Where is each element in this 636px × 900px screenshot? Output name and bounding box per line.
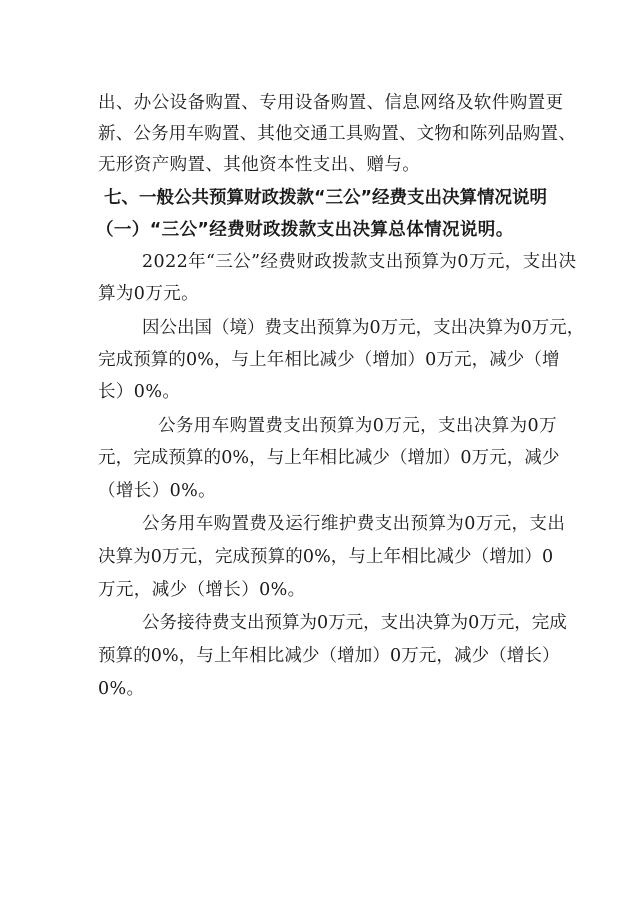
body-text-line: 长）0%。 — [98, 382, 180, 402]
document-page: 出、办公设备购置、专用设备购置、信息网络及软件购置更 新、公务用车购置、其他交通… — [0, 0, 636, 900]
body-text-line: 元，完成预算的0%，与上年相比减少（增加）0万元，减少 — [98, 448, 560, 468]
body-text-line: 新、公务用车购置、其他交通工具购置、文物和陈列品购置、 — [98, 124, 576, 144]
body-text-line: 因公出国（境）费支出预算为0万元，支出决算为0万元， — [142, 318, 584, 338]
body-text-line: （增长）0%。 — [98, 481, 216, 501]
section-heading: 七、一般公共预算财政拨款“三公”经费支出决算情况说明 — [104, 188, 547, 208]
body-text-line: 无形资产购置、其他资本性支出、赠与。 — [98, 155, 420, 175]
body-text-line: 万元，减少（增长）0%。 — [98, 580, 306, 600]
body-text-line: 0%。 — [98, 679, 144, 699]
body-text-line: 公务接待费支出预算为0万元，支出决算为0万元，完成 — [142, 613, 567, 633]
body-text-line: 决算为0万元，完成预算的0%，与上年相比减少（增加）0 — [98, 547, 553, 567]
body-text-line: 2022年“三公”经费财政拨款支出预算为0万元，支出决 — [142, 252, 576, 272]
body-text-line: 出、办公设备购置、专用设备购置、信息网络及软件购置更 — [98, 93, 563, 113]
body-text-line: 公务用车购置费支出预算为0万元，支出决算为0万 — [158, 416, 557, 436]
subsection-heading: （一）“三公”经费财政拨款支出决算总体情况说明。 — [96, 220, 514, 240]
body-text-line: 预算的0%，与上年相比减少（增加）0万元，减少（增长） — [98, 646, 560, 666]
body-text-line: 公务用车购置费及运行维护费支出预算为0万元，支出 — [142, 514, 565, 534]
body-text-line: 算为0万元。 — [98, 284, 199, 304]
body-text-line: 完成预算的0%，与上年相比减少（增加）0万元，减少（增 — [98, 350, 560, 370]
